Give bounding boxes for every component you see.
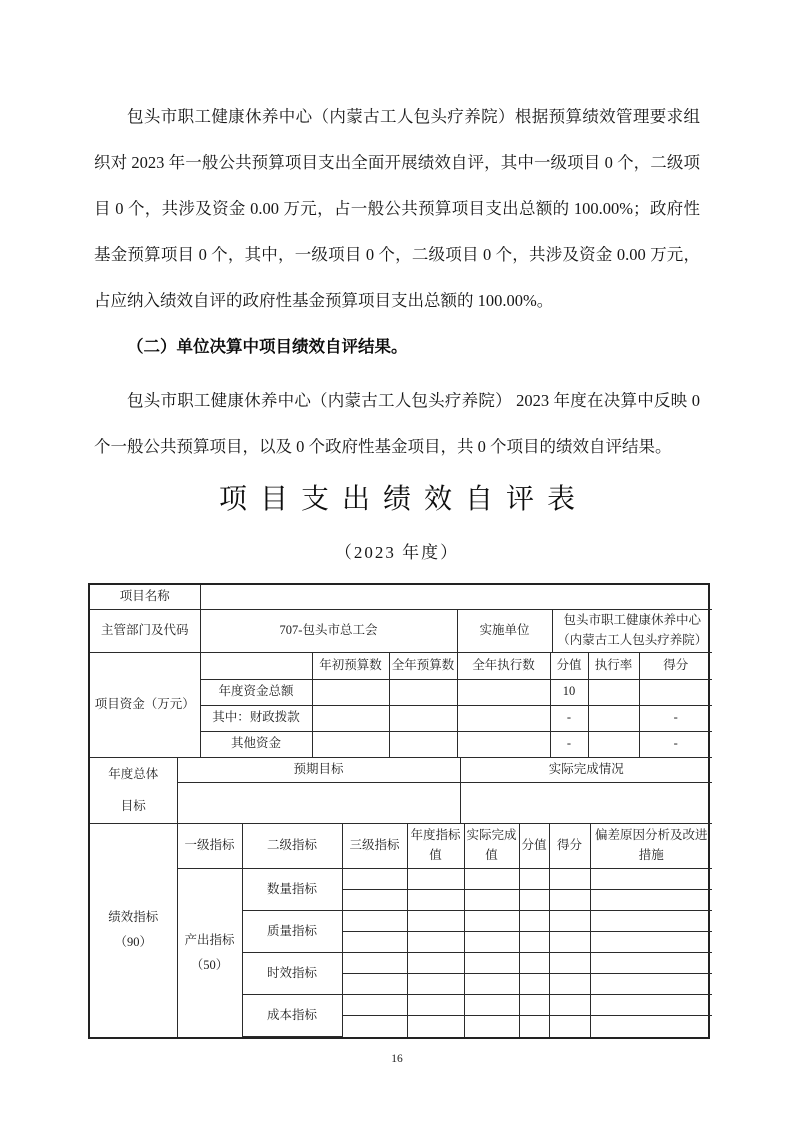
empty-cell	[464, 932, 519, 953]
section-department: 主管部门及代码 707-包头市总工会 实施单位 包头市职工健康休养中心（内蒙古工…	[90, 610, 712, 654]
empty-cell	[590, 995, 712, 1016]
empty-cell	[312, 679, 389, 705]
empty-cell	[590, 911, 712, 932]
performance-indicator-label: 绩效指标（90）	[90, 824, 177, 1037]
col-year-budget: 全年预算数	[389, 653, 457, 679]
table-row: 项目名称	[90, 585, 712, 609]
col-annual-target-value: 年度指标值	[407, 824, 464, 869]
indicator-row: 产出指标（50） 数量指标	[90, 869, 712, 890]
cost-indicator-label: 成本指标	[242, 995, 342, 1037]
expected-goal-value	[177, 782, 460, 823]
empty-cell	[200, 653, 312, 679]
empty-cell	[549, 911, 590, 932]
col-level2-indicator: 二级指标	[242, 824, 342, 869]
annual-goal-label-text: 年度总体目标	[106, 758, 160, 823]
empty-cell	[464, 1016, 519, 1037]
funds-fiscal-score: -	[639, 705, 712, 731]
empty-cell	[407, 932, 464, 953]
empty-cell	[407, 995, 464, 1016]
empty-cell	[457, 679, 550, 705]
empty-cell	[342, 974, 407, 995]
empty-cell	[342, 953, 407, 974]
col-execution-rate: 执行率	[588, 653, 639, 679]
empty-cell	[519, 974, 549, 995]
col-level1-indicator: 一级指标	[177, 824, 242, 869]
empty-cell	[590, 974, 712, 995]
empty-cell	[588, 731, 639, 757]
actual-completion-header: 实际完成情况	[460, 758, 712, 783]
empty-cell	[519, 995, 549, 1016]
col-level3-indicator: 三级指标	[342, 824, 407, 869]
empty-cell	[464, 869, 519, 890]
empty-cell	[342, 995, 407, 1016]
col-deviation-analysis: 偏差原因分析及改进措施	[590, 824, 712, 869]
paragraph-final-accounts: 包头市职工健康休养中心（内蒙古工人包头疗养院） 2023 年度在决算中反映 0 …	[94, 378, 700, 470]
annual-goal-label: 年度总体目标	[90, 758, 177, 824]
funds-total-score-value: 10	[550, 679, 588, 705]
empty-cell	[342, 1016, 407, 1037]
empty-cell	[464, 953, 519, 974]
performance-self-evaluation-table: 项目名称 主管部门及代码 707-包头市总工会 实施单位 包头市职工健康休养中心…	[88, 583, 710, 1039]
goal-header-row: 年度总体目标 预期目标 实际完成情况	[90, 758, 712, 783]
empty-cell	[590, 869, 712, 890]
col-score: 得分	[639, 653, 712, 679]
empty-cell	[389, 731, 457, 757]
empty-cell	[342, 869, 407, 890]
document-body: 包头市职工健康休养中心（内蒙古工人包头疗养院）根据预算绩效管理要求组织对 202…	[94, 0, 700, 470]
quality-indicator-label: 质量指标	[242, 911, 342, 953]
goal-content-row	[90, 782, 712, 823]
empty-cell	[588, 705, 639, 731]
empty-cell	[342, 890, 407, 911]
table-subtitle: （2023 年度）	[0, 538, 794, 568]
empty-cell	[407, 953, 464, 974]
empty-cell	[549, 932, 590, 953]
empty-cell	[519, 932, 549, 953]
empty-cell	[519, 911, 549, 932]
empty-cell	[312, 731, 389, 757]
empty-cell	[549, 995, 590, 1016]
empty-cell	[549, 869, 590, 890]
timeliness-indicator-label: 时效指标	[242, 953, 342, 995]
section-heading: （二）单位决算中项目绩效自评结果。	[94, 324, 700, 370]
empty-cell	[519, 890, 549, 911]
paragraph-budget-self-evaluation: 包头市职工健康休养中心（内蒙古工人包头疗养院）根据预算绩效管理要求组织对 202…	[94, 0, 700, 324]
empty-cell	[342, 932, 407, 953]
section-performance-indicators: 绩效指标（90） 一级指标 二级指标 三级指标 年度指标值 实际完成值 分值 得…	[90, 824, 712, 1038]
funds-fiscal-score-value: -	[550, 705, 588, 731]
output-indicator-label: 产出指标（50）	[177, 869, 242, 1037]
indicator-header-row: 绩效指标（90） 一级指标 二级指标 三级指标 年度指标值 实际完成值 分值 得…	[90, 824, 712, 869]
empty-cell	[639, 679, 712, 705]
department-value: 707-包头市总工会	[200, 610, 457, 653]
empty-cell	[588, 679, 639, 705]
page-number: 16	[0, 1053, 794, 1065]
quantity-indicator-label: 数量指标	[242, 869, 342, 911]
funds-other-score: -	[639, 731, 712, 757]
project-name-label: 项目名称	[90, 585, 200, 609]
empty-cell	[464, 974, 519, 995]
output-indicator-text: 产出指标（50）	[183, 928, 237, 978]
empty-cell	[464, 995, 519, 1016]
implementing-unit-label: 实施单位	[457, 610, 552, 653]
empty-cell	[590, 1016, 712, 1037]
empty-cell	[549, 1016, 590, 1037]
table-row: 主管部门及代码 707-包头市总工会 实施单位 包头市职工健康休养中心（内蒙古工…	[90, 610, 712, 653]
empty-cell	[407, 1016, 464, 1037]
funds-header-row: 项目资金（万元） 年初预算数 全年预算数 全年执行数 分值 执行率 得分	[90, 653, 712, 679]
empty-cell	[590, 953, 712, 974]
performance-indicator-label-text: 绩效指标（90）	[106, 905, 160, 955]
empty-cell	[519, 1016, 549, 1037]
funds-other-label: 其他资金	[200, 731, 312, 757]
section-project-name: 项目名称	[90, 585, 712, 610]
department-label: 主管部门及代码	[90, 610, 200, 653]
col-indicator-score-value: 分值	[519, 824, 549, 869]
empty-cell	[549, 890, 590, 911]
col-initial-budget: 年初预算数	[312, 653, 389, 679]
empty-cell	[549, 974, 590, 995]
empty-cell	[464, 890, 519, 911]
implementing-unit-value: 包头市职工健康休养中心（内蒙古工人包头疗养院）	[552, 610, 712, 653]
empty-cell	[389, 679, 457, 705]
col-score-value: 分值	[550, 653, 588, 679]
empty-cell	[342, 911, 407, 932]
empty-cell	[519, 869, 549, 890]
actual-completion-value	[460, 782, 712, 823]
output-indicator-label-text: 产出指标（50）	[183, 958, 237, 972]
expected-goal-header: 预期目标	[177, 758, 460, 783]
col-indicator-score: 得分	[549, 824, 590, 869]
empty-cell	[590, 890, 712, 911]
empty-cell	[312, 705, 389, 731]
funds-label: 项目资金（万元）	[90, 653, 200, 757]
col-year-execution: 全年执行数	[457, 653, 550, 679]
empty-cell	[407, 974, 464, 995]
section-annual-goal: 年度总体目标 预期目标 实际完成情况	[90, 758, 712, 824]
project-name-value	[200, 585, 712, 609]
empty-cell	[519, 953, 549, 974]
empty-cell	[464, 911, 519, 932]
funds-other-score-value: -	[550, 731, 588, 757]
empty-cell	[407, 890, 464, 911]
empty-cell	[407, 869, 464, 890]
col-actual-completion-value: 实际完成值	[464, 824, 519, 869]
table-title: 项目支出绩效自评表	[0, 480, 794, 520]
empty-cell	[457, 731, 550, 757]
empty-cell	[549, 953, 590, 974]
document-page: 包头市职工健康休养中心（内蒙古工人包头疗养院）根据预算绩效管理要求组织对 202…	[0, 0, 794, 1123]
empty-cell	[407, 911, 464, 932]
funds-total-label: 年度资金总额	[200, 679, 312, 705]
empty-cell	[389, 705, 457, 731]
empty-cell	[590, 932, 712, 953]
empty-cell	[457, 705, 550, 731]
funds-fiscal-label: 其中：财政拨款	[200, 705, 312, 731]
section-project-funds: 项目资金（万元） 年初预算数 全年预算数 全年执行数 分值 执行率 得分 年度资…	[90, 653, 712, 758]
